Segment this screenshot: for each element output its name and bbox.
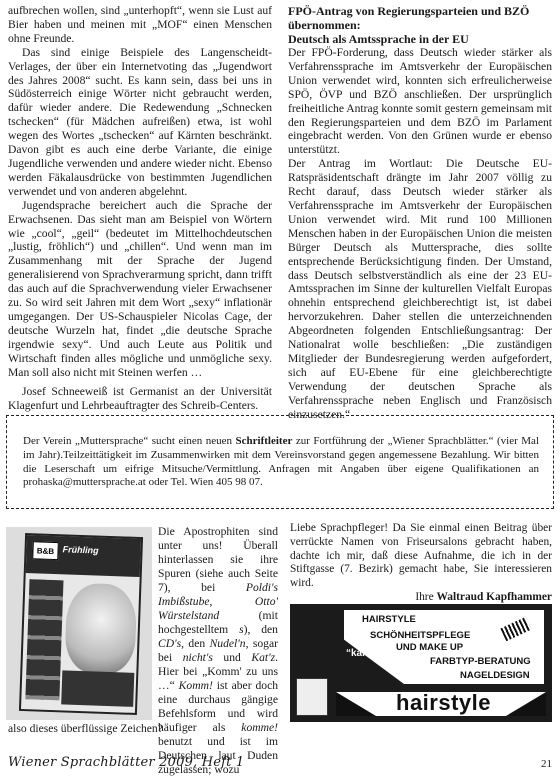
- poster: B&B Frühling: [19, 533, 143, 715]
- poster-title: Frühling: [62, 544, 98, 555]
- job-notice-text: Der Verein „Muttersprache“ sucht einen n…: [23, 435, 539, 490]
- sign-line: SCHÖNHEITSPFLEGE: [370, 630, 470, 641]
- apostrophe-article-text: Die Apostrophiten sind unter uns! Überal…: [158, 525, 278, 777]
- comb-icon: [500, 617, 531, 642]
- job-notice-box: Der Verein „Muttersprache“ sucht einen n…: [6, 415, 554, 509]
- apostrophe-article-ending: also dieses überflüssige Zeichen?: [8, 722, 163, 736]
- paragraph: Das sind einige Beispiele des Langensche…: [8, 46, 272, 199]
- hairstyle-text: hairstyle: [396, 690, 491, 716]
- publication-footer: Wiener Sprachblätter 2009, Heft 1: [8, 756, 244, 770]
- right-article-column: FPÖ-Antrag von Regierungsparteien und BZ…: [288, 4, 552, 421]
- notice-bold-term: Schriftleiter: [236, 435, 293, 447]
- paragraph: Der FPÖ-Forderung, dass Deutsch wieder s…: [288, 46, 552, 157]
- page-number: 21: [541, 758, 552, 772]
- sign-line: HAIRSTYLE: [362, 614, 416, 625]
- paragraph: Jugendsprache bereichert auch die Sprach…: [8, 199, 272, 380]
- notice-text-part: Der Verein „Muttersprache“ sucht einen n…: [23, 435, 236, 447]
- paragraph: Der Antrag im Wortlaut: Die Deutsche EU-…: [288, 157, 552, 421]
- salon-sign-board: HAIRSTYLE SCHÖNHEITSPFLEGE UND MAKE UP F…: [344, 610, 544, 684]
- author-bio: Josef Schneeweiß ist Germanist an der Un…: [8, 385, 272, 413]
- hairstyle-sign: hairstyle: [336, 692, 546, 716]
- salon-sign-photo: HAIRSTYLE SCHÖNHEITSPFLEGE UND MAKE UP F…: [290, 604, 552, 722]
- poster-logo: B&B: [32, 541, 59, 560]
- sign-line: FARBTYP-BERATUNG: [430, 656, 531, 667]
- sign-line: UND MAKE UP: [396, 642, 463, 653]
- reader-letter: Liebe Sprachpfleger! Da Sie einmal einen…: [290, 522, 552, 605]
- letter-signature: Ihre Waltraud Kapfhammer: [290, 591, 552, 605]
- portrait-image: [64, 583, 137, 675]
- article-subheading: Deutsch als Amtssprache in der EU: [288, 32, 552, 46]
- sign-line: NAGELDESIGN: [460, 670, 530, 681]
- small-sign: [296, 678, 328, 716]
- kamm-in-label: “kamm in”: [346, 648, 397, 659]
- paragraph: aufbrechen wollen, sind „unterhopft“, we…: [8, 4, 272, 46]
- poster-photo: B&B Frühling: [6, 527, 152, 720]
- left-article-column: aufbrechen wollen, sind „unterhopft“, we…: [8, 4, 272, 413]
- letter-text: Liebe Sprachpfleger! Da Sie einmal einen…: [290, 522, 552, 591]
- article-heading: FPÖ-Antrag von Regierungsparteien und BZ…: [288, 4, 552, 32]
